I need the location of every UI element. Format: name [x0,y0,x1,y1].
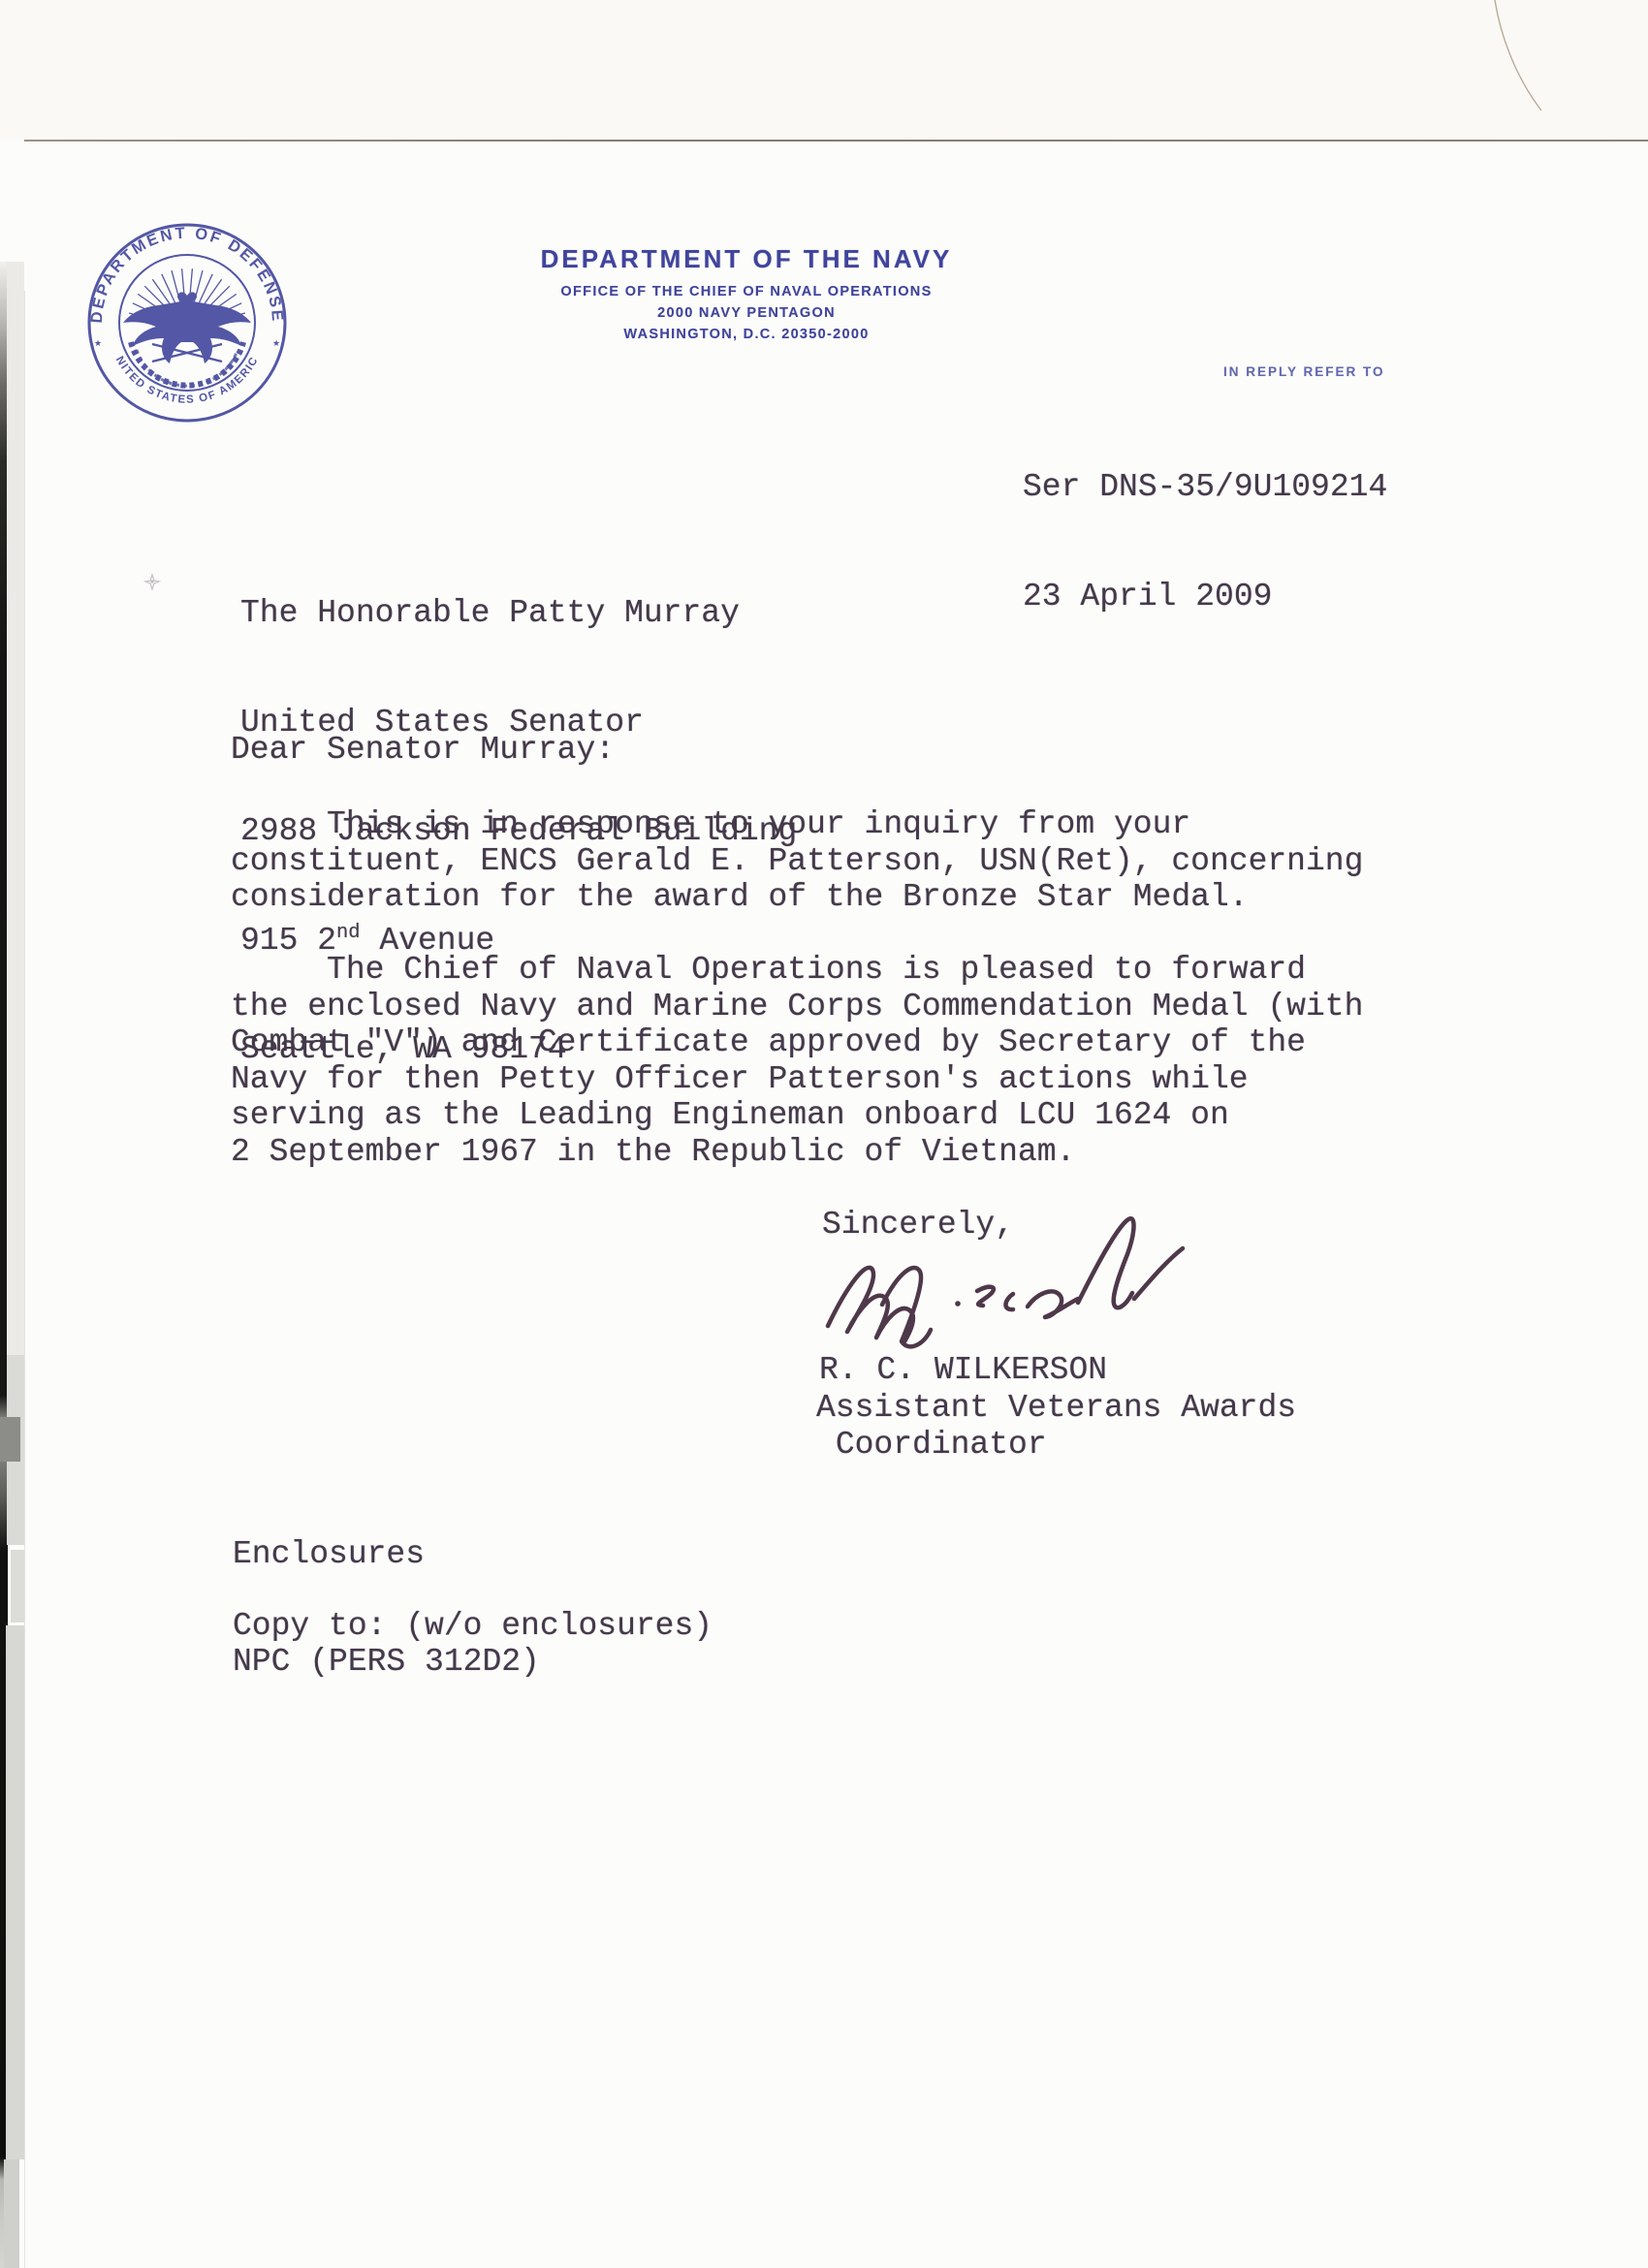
reference-serial: Ser DNS-35/9U109214 [1023,469,1387,506]
recipient-name: The Honorable Patty Murray [240,595,797,632]
seal-star-left: ★ [94,338,102,348]
scan-top-margin [0,0,1648,140]
body-paragraph-1: This is in response to your inquiry from… [231,806,1452,916]
enclosures-note: Enclosures [233,1536,425,1573]
signer-title: Assistant Veterans Awards Coordinator [816,1390,1296,1463]
scanned-navy-letter: DEPARTMENT OF DEFENSE UNITED STATES OF A… [0,0,1648,2268]
copy-to-recipient: NPC (PERS 312D2) [233,1644,540,1681]
page-edge-strip [6,1625,24,2159]
body-paragraph-2: The Chief of Naval Operations is pleased… [231,952,1452,1170]
department-of-defense-seal-icon: DEPARTMENT OF DEFENSE UNITED STATES OF A… [85,221,289,425]
letterhead-city: WASHINGTON, D.C. 20350-2000 [456,324,1037,345]
letterhead: DEPARTMENT OF THE NAVY OFFICE OF THE CHI… [456,245,1037,345]
scan-fold-line [24,140,1648,142]
letterhead-agency: DEPARTMENT OF THE NAVY [456,245,1037,272]
in-reply-refer-to-label: IN REPLY REFER TO [1223,364,1385,379]
reference-block: Ser DNS-35/9U109214 23 April 2009 [1023,396,1387,687]
salutation: Dear Senator Murray: [231,732,615,769]
page-edge-hairline [24,291,25,2268]
scanner-hair-artifact [1483,0,1561,116]
page-edge-strip [4,2159,19,2268]
letterhead-office: OFFICE OF THE CHIEF OF NAVAL OPERATIONS [456,281,1037,302]
stray-ink-speck [143,572,161,591]
letter-date: 23 April 2009 [1023,579,1387,615]
street-ordinal-suffix: nd [336,922,361,944]
seal-star-right: ★ [272,338,280,348]
scanner-edge-gray-block [0,1417,20,1462]
page-edge-strip [11,1550,24,1622]
page-edge-strip [7,262,24,1355]
signer-name: R. C. WILKERSON [819,1352,1107,1389]
letterhead-street: 2000 NAVY PENTAGON [456,302,1037,324]
signature-handwriting [814,1210,1192,1355]
copy-to-line: Copy to: (w/o enclosures) [233,1608,713,1645]
